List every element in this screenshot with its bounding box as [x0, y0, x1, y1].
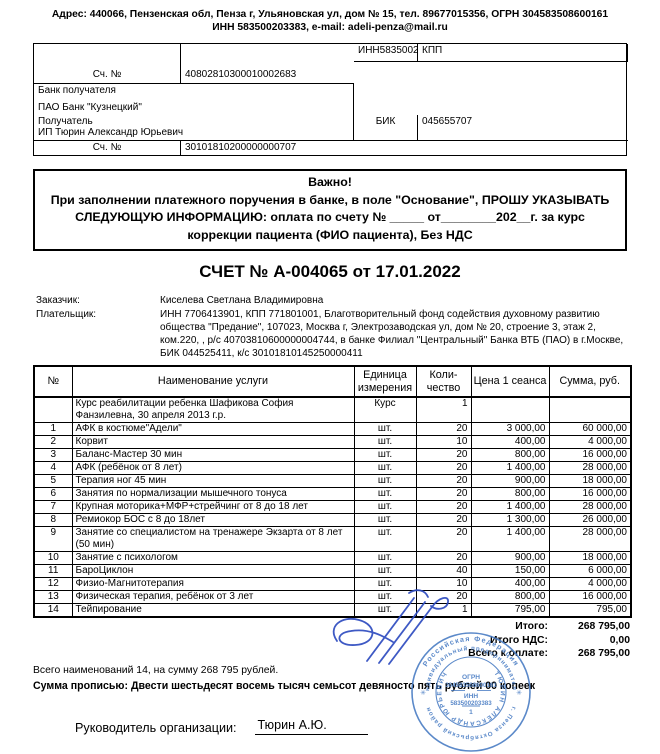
service-quantity: 20 [416, 462, 471, 475]
service-row: 10 Занятие с психологом шт. 20 900,00 18… [34, 552, 631, 565]
col-header-sum: Сумма, руб. [549, 366, 631, 397]
service-quantity: 10 [416, 436, 471, 449]
col-header-unit: Единица измерения [354, 366, 416, 397]
service-name: Физическая терапия, ребёнок от 3 лет [72, 591, 354, 604]
recipient-bank-cell: Банк получателя ПАО Банк "Кузнецкий" [34, 84, 354, 115]
service-row: 6 Занятия по нормализации мышечного тону… [34, 488, 631, 501]
service-unit: шт. [354, 423, 416, 436]
service-unit: шт. [354, 436, 416, 449]
service-price [471, 397, 549, 423]
service-row: 1 АФК в костюме"Адели" шт. 20 3 000,00 6… [34, 423, 631, 436]
stamp-inn-label: ИНН [464, 693, 479, 700]
kpp-cell: КПП [418, 44, 628, 62]
service-quantity: 20 [416, 501, 471, 514]
service-unit: шт. [354, 514, 416, 527]
service-row-number: 3 [34, 449, 72, 462]
account-label: Сч. № [34, 44, 181, 84]
service-price: 795,00 [471, 604, 549, 618]
signature-label: Руководитель организации: [75, 721, 237, 735]
service-name: Ремиокор БОС с 8 до 18лет [72, 514, 354, 527]
service-sum: 16 000,00 [549, 488, 631, 501]
service-name: Занятие со специалистом на тренажере Экз… [72, 527, 354, 552]
service-row-number: 5 [34, 475, 72, 488]
service-name: Корвит [72, 436, 354, 449]
service-sum: 6 000,00 [549, 565, 631, 578]
service-row: 2 Корвит шт. 10 400,00 4 000,00 [34, 436, 631, 449]
service-row: 3 Баланс-Мастер 30 мин шт. 20 800,00 16 … [34, 449, 631, 462]
bank-details-table: ИНН 583500203383 КПП Сч. № 4080281030001… [33, 43, 627, 156]
service-row: 8 Ремиокор БОС с 8 до 18лет шт. 20 1 300… [34, 514, 631, 527]
service-price: 400,00 [471, 578, 549, 591]
col-header-number: № [34, 366, 72, 397]
service-row: 11 БароЦиклон шт. 40 150,00 6 000,00 [34, 565, 631, 578]
service-name: Курс реабилитации ребенка Шафикова София… [72, 397, 354, 423]
corr-account-number: 30101810200000000707 [181, 141, 354, 155]
service-price: 900,00 [471, 475, 549, 488]
service-row-number: 13 [34, 591, 72, 604]
service-unit: шт. [354, 449, 416, 462]
service-row-number: 8 [34, 514, 72, 527]
recipient-name: ИП Тюрин Александр Юрьевич [38, 127, 349, 138]
payer-row: Плательщик: ИНН 7706413901, КПП 77180100… [36, 308, 628, 360]
payer-label: Плательщик: [36, 308, 160, 360]
stamp-ogrn-value: 304583508600161 [445, 682, 497, 689]
account-number: 40802810300010002683 [181, 44, 354, 84]
service-price: 150,00 [471, 565, 549, 578]
service-price: 1 400,00 [471, 527, 549, 552]
bank-label: Банк получателя [38, 85, 349, 96]
invoice-document: Адрес: 440066, Пензенская обл, Пенза г, … [0, 0, 660, 754]
stamp-number: 1 [469, 709, 473, 716]
service-row: 5 Терапия ног 45 мин шт. 20 900,00 18 00… [34, 475, 631, 488]
service-price: 800,00 [471, 591, 549, 604]
amount-in-words: Сумма прописью: Двести шестьдесят восемь… [33, 680, 660, 692]
service-row: 9 Занятие со специалистом на тренажере Э… [34, 527, 631, 552]
signatory-name: Тюрин А.Ю. [255, 718, 368, 735]
service-sum: 4 000,00 [549, 578, 631, 591]
signature-flick [409, 590, 428, 597]
inn-value: 583500203383 [380, 45, 418, 60]
service-unit: шт. [354, 527, 416, 552]
service-price: 1 400,00 [471, 501, 549, 514]
service-name: Занятие с психологом [72, 552, 354, 565]
service-name: Физио-Магнитотерапия [72, 578, 354, 591]
important-title: Важно! [43, 174, 617, 192]
customer-row: Заказчик: Киселева Светлана Владимировна [36, 294, 628, 307]
service-row-number: 6 [34, 488, 72, 501]
service-sum: 18 000,00 [549, 552, 631, 565]
stamp-inn-value: 583500203383 [450, 700, 492, 707]
important-notice: Важно! При заполнении платежного поручен… [33, 169, 627, 251]
service-name: Баланс-Мастер 30 мин [72, 449, 354, 462]
service-sum: 16 000,00 [549, 591, 631, 604]
service-name: Тейпирование [72, 604, 354, 618]
service-quantity: 20 [416, 488, 471, 501]
stamp-star-left: ✳ [420, 689, 426, 697]
invoice-title: СЧЕТ № А-004065 от 17.01.2022 [0, 262, 660, 282]
service-row-number: 10 [34, 552, 72, 565]
service-unit: шт. [354, 501, 416, 514]
corr-account-label: Сч. № [34, 141, 181, 155]
service-unit: шт. [354, 488, 416, 501]
service-quantity: 20 [416, 475, 471, 488]
service-name: Терапия ног 45 мин [72, 475, 354, 488]
service-row-number: 7 [34, 501, 72, 514]
service-sum: 28 000,00 [549, 501, 631, 514]
recipient-label: Получатель [38, 116, 349, 127]
service-price: 800,00 [471, 449, 549, 462]
bik-label: БИК [354, 115, 418, 141]
signature-row: Руководитель организации: Тюрин А.Ю. [75, 718, 660, 735]
signature-loop [334, 619, 393, 645]
service-price: 1 300,00 [471, 514, 549, 527]
kpp-label: КПП [422, 45, 442, 56]
service-name: АФК (ребёнок от 8 лет) [72, 462, 354, 475]
service-sum: 28 000,00 [549, 527, 631, 552]
service-price: 400,00 [471, 436, 549, 449]
service-row: 4 АФК (ребёнок от 8 лет) шт. 20 1 400,00… [34, 462, 631, 475]
service-sum: 60 000,00 [549, 423, 631, 436]
service-quantity: 20 [416, 552, 471, 565]
col-header-service-name: Наименование услуги [72, 366, 354, 397]
service-sum: 4 000,00 [549, 436, 631, 449]
customer-name: Киселева Светлана Владимировна [160, 294, 628, 307]
services-table-header: № Наименование услуги Единица измерения … [34, 366, 631, 397]
service-sum: 795,00 [549, 604, 631, 618]
service-unit: Курс [354, 397, 416, 423]
service-sum: 28 000,00 [549, 462, 631, 475]
service-unit: шт. [354, 552, 416, 565]
subtotal-value: 268 795,00 [548, 620, 630, 634]
service-quantity: 20 [416, 423, 471, 436]
service-name: Крупная моторика+МФР+стрейчинг от 8 до 1… [72, 501, 354, 514]
service-row-number: 1 [34, 423, 72, 436]
stamp-star-right: ✳ [516, 689, 522, 697]
header-inn-email-line: ИНН 583500203383, e-mail: adeli-penza@ma… [0, 21, 660, 34]
service-sum [549, 397, 631, 423]
col-header-price: Цена 1 сеанса [471, 366, 549, 397]
service-quantity: 20 [416, 514, 471, 527]
service-row-number: 4 [34, 462, 72, 475]
doc-header: Адрес: 440066, Пензенская обл, Пенза г, … [0, 0, 660, 34]
customer-label: Заказчик: [36, 294, 160, 307]
stamp-ogrn-label: ОГРН [462, 674, 480, 681]
recipient-cell: Получатель ИП Тюрин Александр Юрьевич [34, 115, 354, 141]
important-text: При заполнении платежного поручения в ба… [43, 192, 617, 245]
service-row: Курс реабилитации ребенка Шафикова София… [34, 397, 631, 423]
service-row-number: 9 [34, 527, 72, 552]
service-row-number: 14 [34, 604, 72, 618]
service-unit: шт. [354, 462, 416, 475]
inn-label: ИНН [358, 45, 380, 60]
service-unit: шт. [354, 565, 416, 578]
service-sum: 16 000,00 [549, 449, 631, 462]
header-address-line: Адрес: 440066, Пензенская обл, Пенза г, … [0, 8, 660, 21]
parties-block: Заказчик: Киселева Светлана Владимировна… [36, 294, 628, 360]
service-price: 800,00 [471, 488, 549, 501]
service-price: 1 400,00 [471, 462, 549, 475]
service-row-number: 2 [34, 436, 72, 449]
inn-cell: ИНН 583500203383 [354, 44, 418, 62]
round-stamp: Российская Федерация индивидуальный пред… [405, 626, 537, 754]
service-sum: 18 000,00 [549, 475, 631, 488]
service-row-number: 12 [34, 578, 72, 591]
service-name: АФК в костюме"Адели" [72, 423, 354, 436]
grand-total-value: 268 795,00 [548, 647, 630, 661]
service-quantity: 1 [416, 397, 471, 423]
service-price: 3 000,00 [471, 423, 549, 436]
service-quantity: 20 [416, 449, 471, 462]
service-row-number: 11 [34, 565, 72, 578]
service-quantity: 20 [416, 527, 471, 552]
service-name: БароЦиклон [72, 565, 354, 578]
service-quantity: 40 [416, 565, 471, 578]
bik-value: 045655707 [418, 115, 628, 141]
service-unit: шт. [354, 475, 416, 488]
service-name: Занятия по нормализации мышечного тонуса [72, 488, 354, 501]
col-header-quantity: Коли-чество [416, 366, 471, 397]
bank-name: ПАО Банк "Кузнецкий" [38, 102, 349, 113]
service-row-number [34, 397, 72, 423]
vat-value: 0,00 [548, 634, 630, 648]
services-table: № Наименование услуги Единица измерения … [33, 365, 632, 618]
service-sum: 26 000,00 [549, 514, 631, 527]
service-row: 7 Крупная моторика+МФР+стрейчинг от 8 до… [34, 501, 631, 514]
service-price: 900,00 [471, 552, 549, 565]
payer-details: ИНН 7706413901, КПП 771801001, Благотвор… [160, 308, 628, 360]
